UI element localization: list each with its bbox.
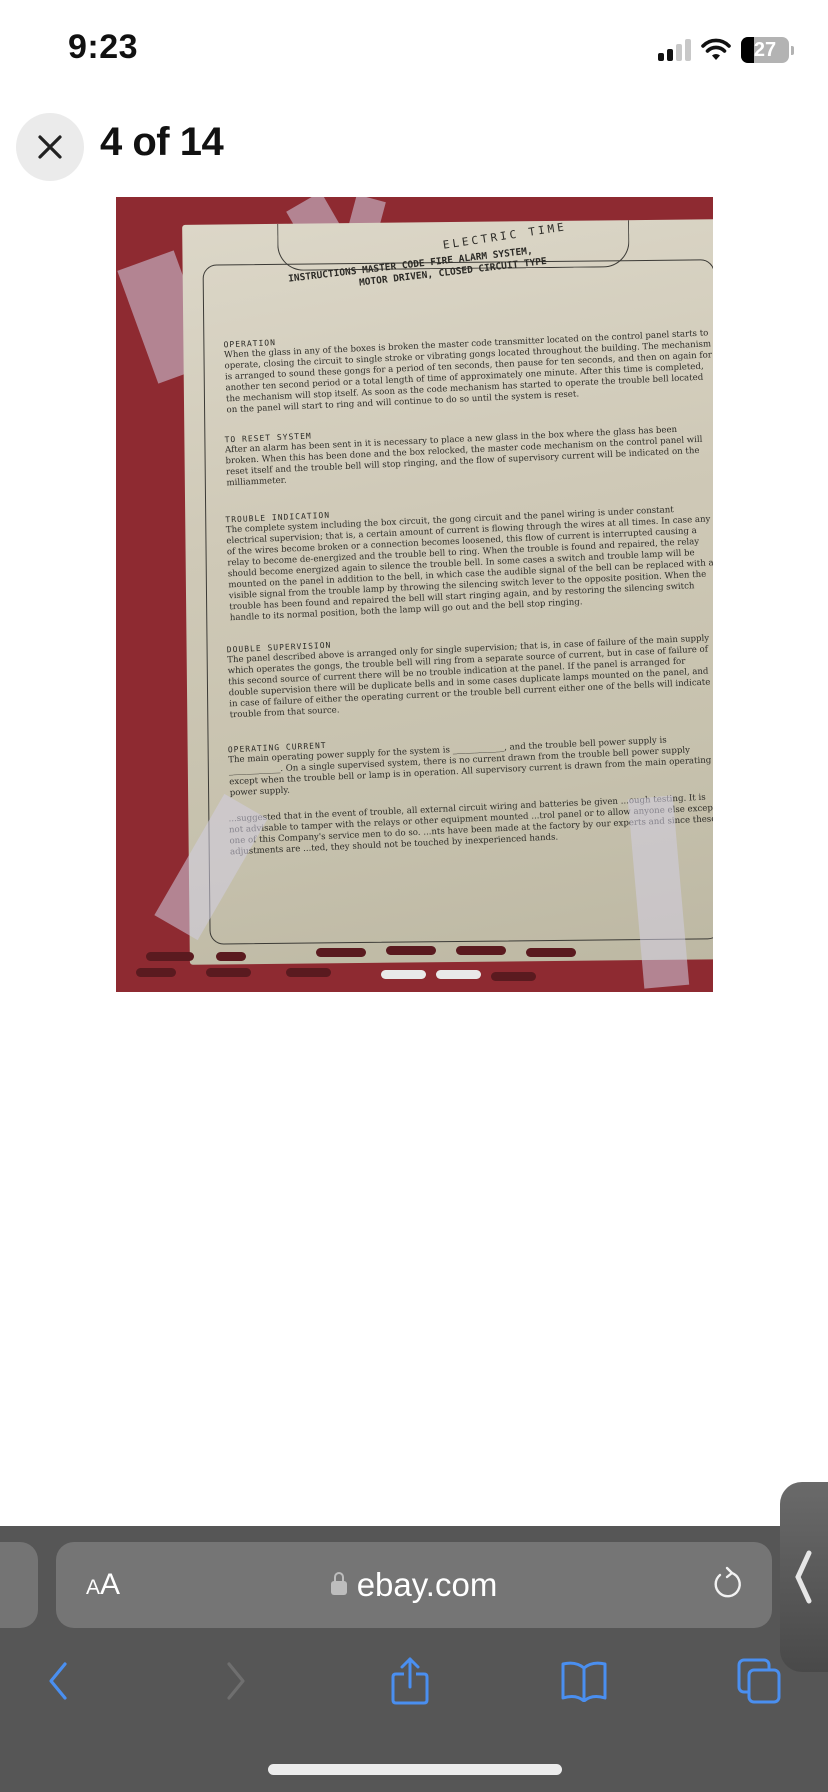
share-icon bbox=[390, 1656, 430, 1706]
close-button[interactable] bbox=[16, 113, 84, 181]
share-button[interactable] bbox=[380, 1646, 440, 1716]
forward-button[interactable] bbox=[206, 1646, 266, 1716]
back-icon bbox=[47, 1661, 69, 1701]
cellular-signal-icon bbox=[658, 39, 691, 61]
lock-icon bbox=[331, 1581, 347, 1595]
bookmarks-icon bbox=[559, 1660, 609, 1702]
bookmarks-button[interactable] bbox=[554, 1646, 614, 1716]
battery-icon: 27 bbox=[741, 37, 789, 63]
url-text: ebay.com bbox=[357, 1566, 498, 1603]
back-button[interactable] bbox=[28, 1646, 88, 1716]
close-icon bbox=[37, 134, 63, 160]
status-time: 9:23 bbox=[68, 28, 138, 67]
status-bar: 9:23 27 bbox=[0, 0, 828, 100]
browser-nav-row bbox=[0, 1646, 828, 1716]
chevron-left-icon bbox=[794, 1549, 812, 1605]
status-icons: 27 bbox=[658, 36, 794, 64]
tabs-icon bbox=[737, 1658, 783, 1704]
home-indicator[interactable] bbox=[268, 1764, 562, 1775]
reload-icon[interactable] bbox=[710, 1566, 746, 1602]
forward-icon bbox=[225, 1661, 247, 1701]
wifi-icon bbox=[701, 38, 731, 62]
listing-photo[interactable]: ELECTRIC TIME INSTRUCTIONS MASTER CODE F… bbox=[116, 197, 713, 992]
battery-percent: 27 bbox=[754, 39, 776, 62]
sheet-section-trouble: TROUBLE INDICATION The complete system i… bbox=[225, 492, 713, 624]
image-counter: 4 of 14 bbox=[100, 120, 223, 165]
side-panel-handle[interactable] bbox=[780, 1482, 828, 1672]
url-display[interactable]: ebay.com bbox=[56, 1566, 772, 1604]
previous-tab-peek[interactable] bbox=[0, 1542, 38, 1628]
browser-toolbar: AA ebay.com bbox=[0, 1526, 828, 1792]
panel-vents bbox=[116, 942, 713, 992]
battery-tip bbox=[791, 46, 794, 55]
address-bar[interactable]: AA ebay.com bbox=[56, 1542, 772, 1628]
